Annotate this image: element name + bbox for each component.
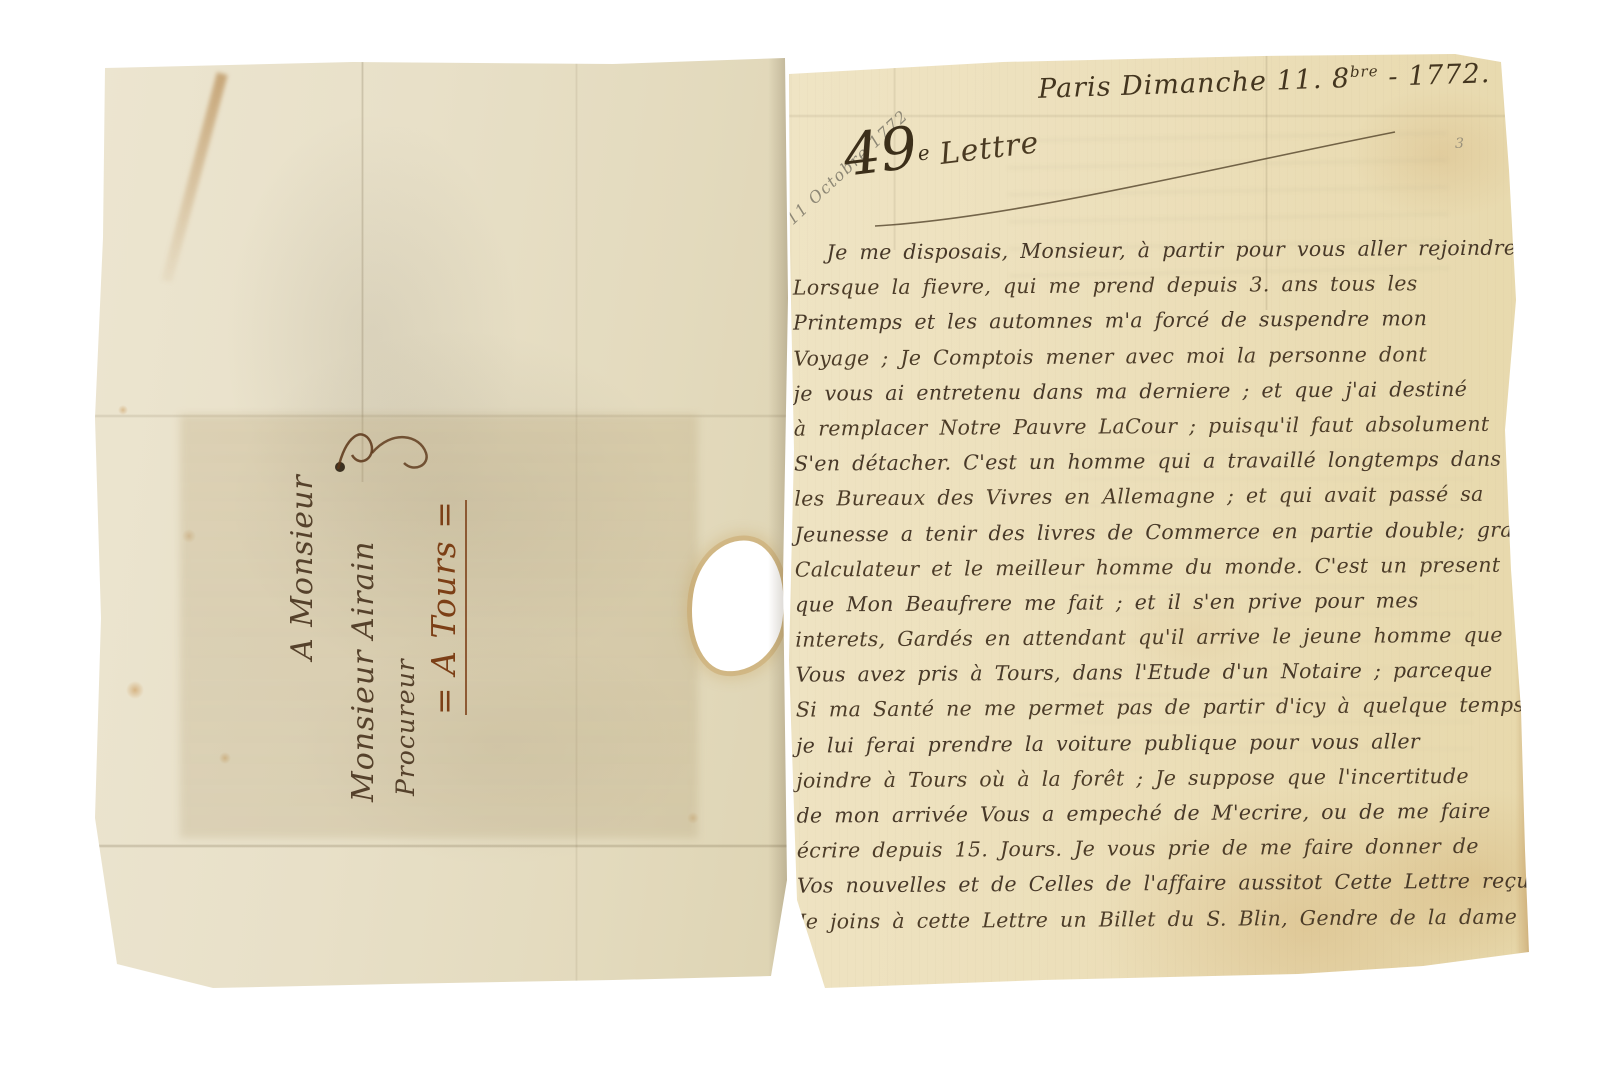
letter-line: je vous ai entretenu dans ma derniere ; … [794, 376, 1547, 416]
gutter-shadow [768, 58, 790, 988]
letter-body: Je me disposais, Monsieur, à partir pour… [793, 235, 1550, 944]
address-block: A Monsieur Monsieur Airain Procureur = A… [285, 430, 515, 810]
address-line: A Monsieur [285, 430, 320, 810]
letter-line: écrire depuis 15. Jours. Je vous prie de… [797, 834, 1550, 874]
letter-line: Lorsque la fievre, qui me prend depuis 3… [793, 271, 1546, 311]
letter-line: à remplacer Notre Pauvre LaCour ; puisqu… [794, 411, 1547, 451]
letter-line: Printemps et les automnes m'a forcé de s… [793, 306, 1546, 346]
stain-streak [161, 72, 227, 283]
letter-photograph: A Monsieur Monsieur Airain Procureur = A… [0, 0, 1620, 1080]
letter-line: que Mon Beaufrere me fait ; et il s'en p… [795, 587, 1548, 627]
letter-line: Je joins à cette Lettre un Billet du S. … [797, 904, 1550, 944]
letter-line: joindre à Tours où à la forêt ; Je suppo… [796, 763, 1549, 803]
address-line-destination: = A Tours = [424, 430, 463, 810]
corner-mark: 3 [1455, 136, 1464, 152]
letter-line: les Bureaux des Vivres en Allemagne ; et… [794, 482, 1547, 522]
letter-line: Je me disposais, Monsieur, à partir pour… [793, 235, 1546, 275]
letter-line: Vos nouvelles et de Celles de l'affaire … [797, 869, 1550, 909]
letter-line: S'en détacher. C'est un homme qui a trav… [794, 447, 1547, 487]
ink-flourish-icon [330, 423, 440, 481]
dateline: Paris Dimanche 11. 8bre - 1772. [1038, 58, 1491, 105]
pen-flourish-icon [863, 122, 1408, 237]
address-line: Procureur [391, 430, 420, 810]
letter-line: je lui ferai prendre la voiture publique… [796, 728, 1549, 768]
letter-line: Voyage ; Je Comptois mener avec moi la p… [793, 341, 1546, 381]
letter-line: Calculateur et le meilleur homme du mond… [795, 552, 1548, 592]
letter-line: interets, Gardés en attendant qu'il arri… [795, 622, 1548, 662]
letter-leaf: Paris Dimanche 11. 8bre - 1772. 11 Octob… [783, 50, 1531, 992]
address-leaf: A Monsieur Monsieur Airain Procureur = A… [93, 58, 790, 988]
fold-crease-horizontal [93, 844, 790, 848]
letter-line: Jeunesse a tenir des livres de Commerce … [795, 517, 1548, 557]
letter-line: Si ma Santé ne me permet pas de partir d… [796, 693, 1549, 733]
address-line: Monsieur Airain [346, 430, 381, 810]
letter-line: Vous avez pris à Tours, dans l'Etude d'u… [796, 658, 1549, 698]
letter-line: de mon arrivée Vous a empeché de M'ecrir… [796, 798, 1549, 838]
